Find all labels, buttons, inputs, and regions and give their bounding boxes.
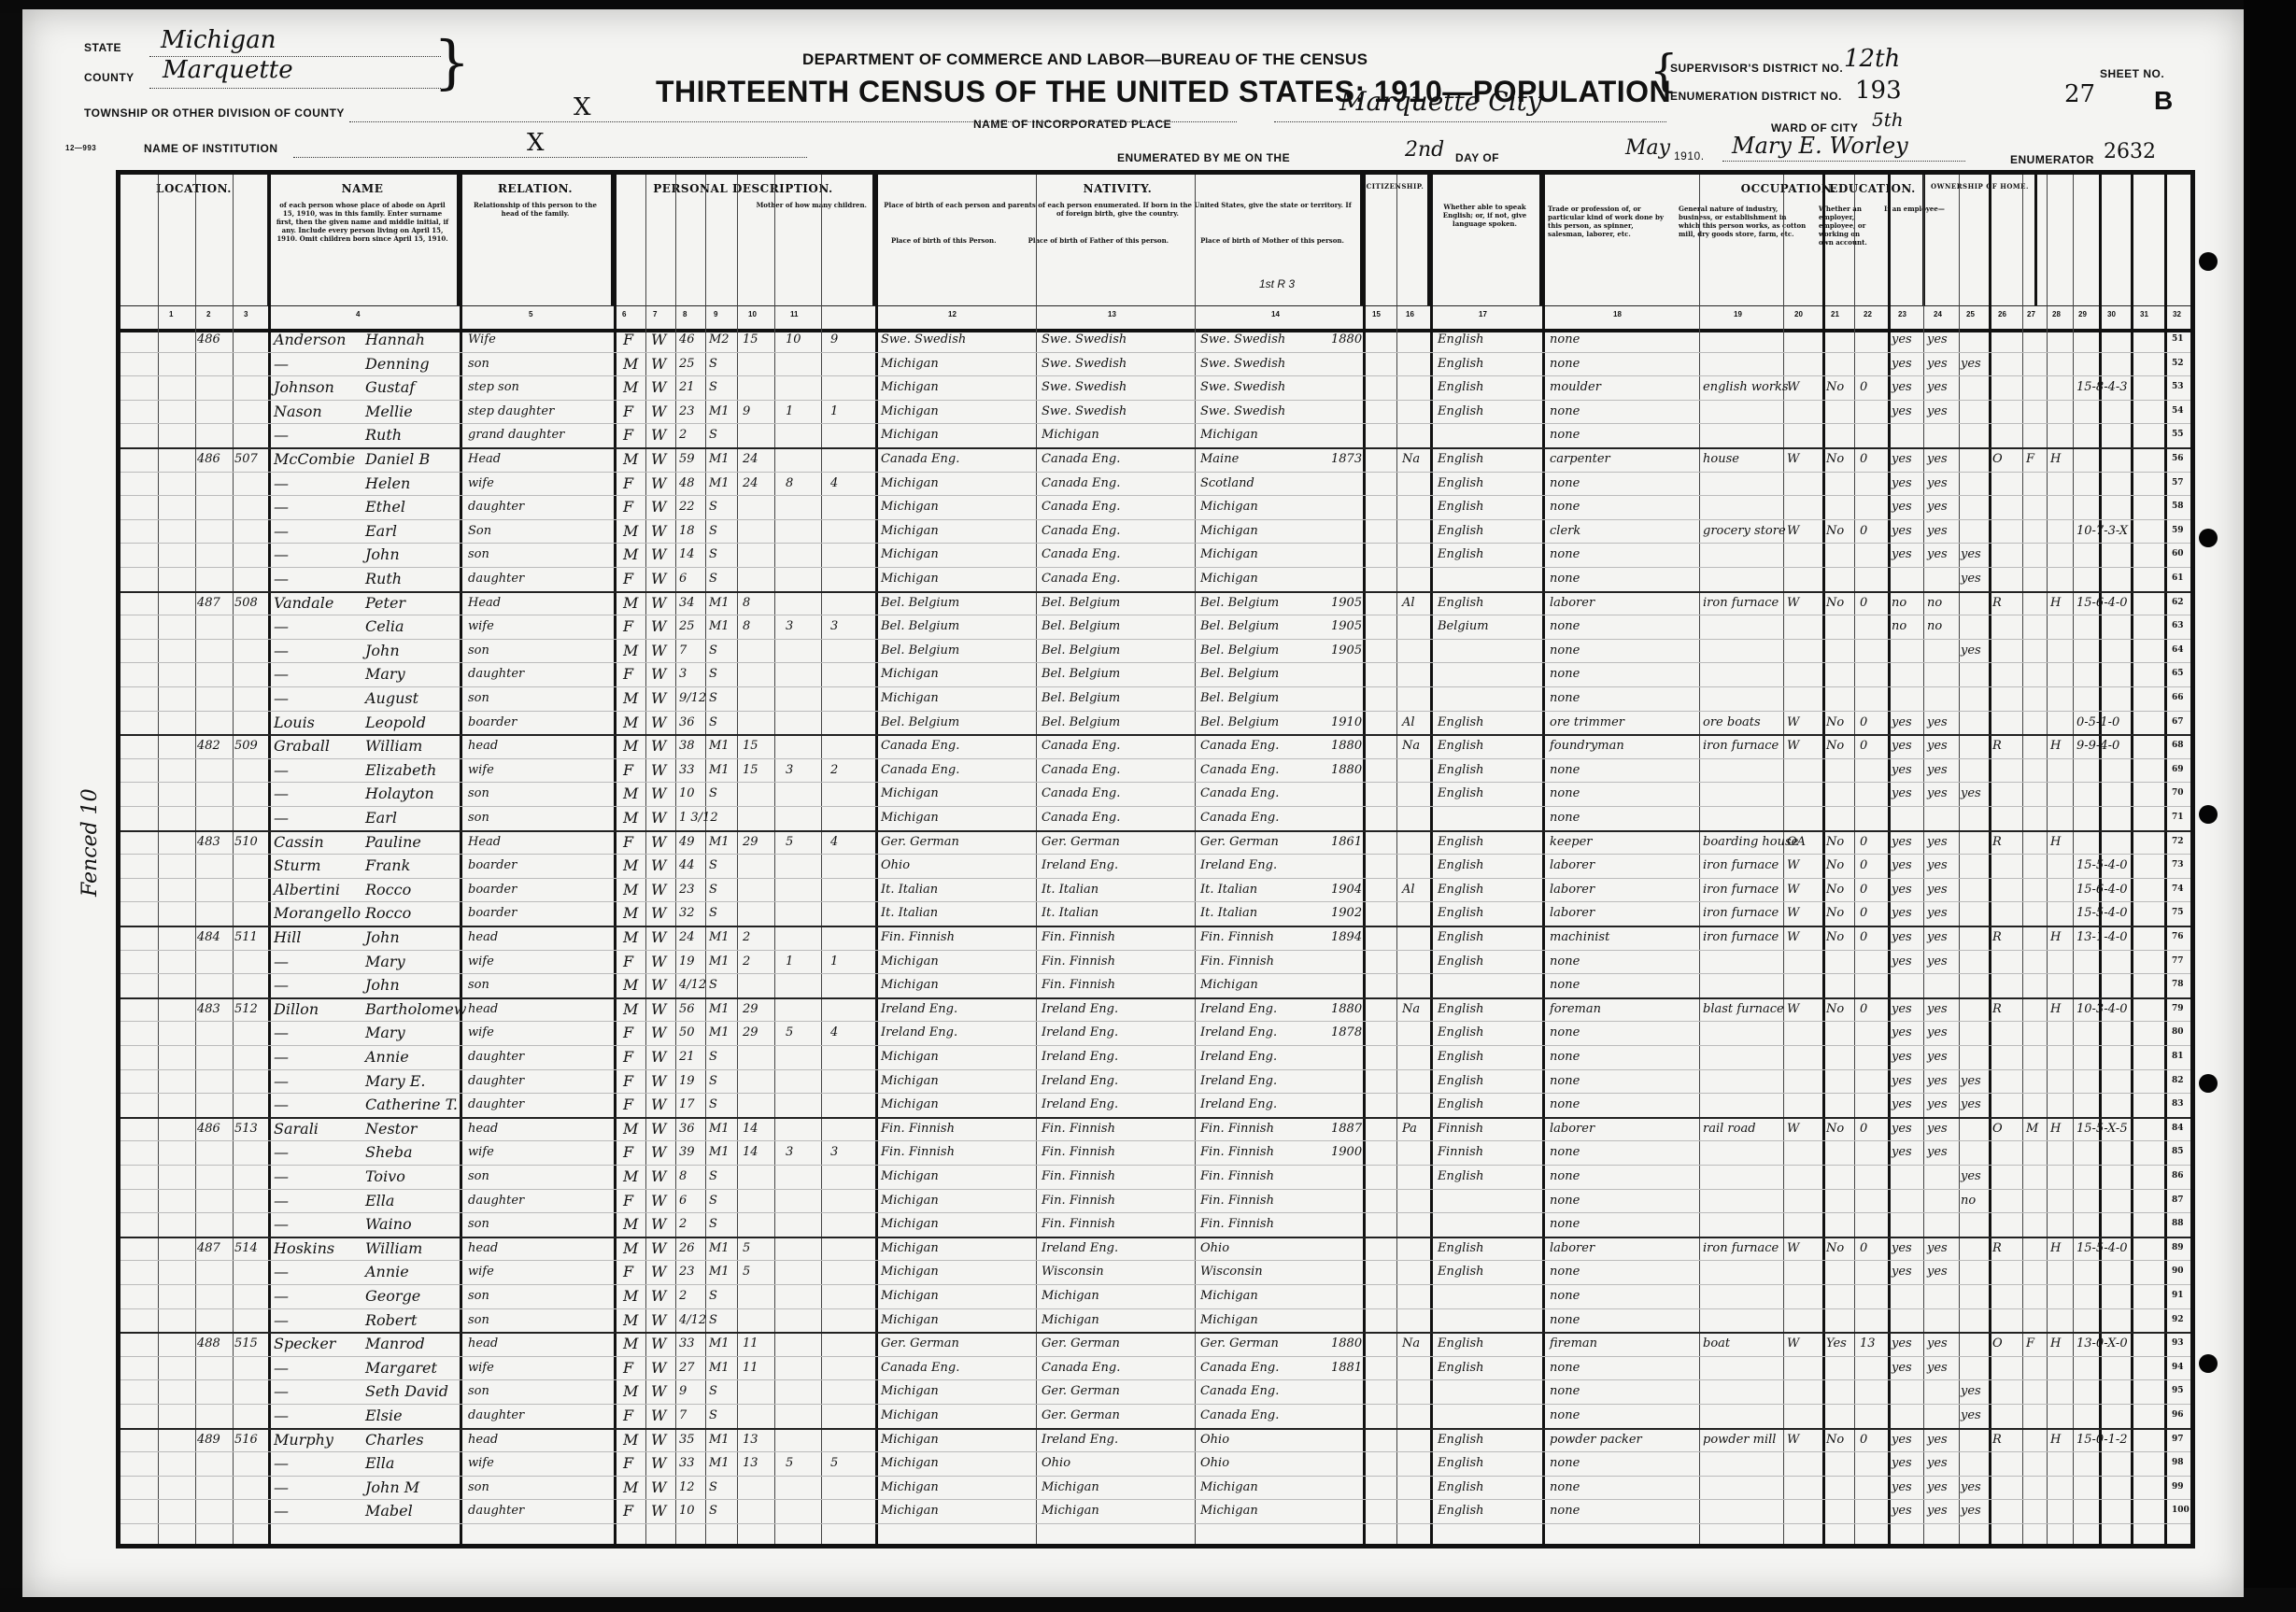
- cell-english: English: [1438, 997, 1484, 1022]
- cell-age: 10: [679, 1499, 695, 1523]
- cell-mother-birth: Michigan: [1200, 495, 1258, 519]
- cell-race: W: [651, 543, 666, 567]
- cell-sex: F: [623, 615, 633, 639]
- enumerator-name: Mary E. Worley: [1732, 133, 1908, 159]
- cell-given: Mary: [365, 1021, 405, 1045]
- cell-given: Waino: [365, 1212, 412, 1237]
- cell-race: W: [651, 447, 666, 472]
- cell-english: English: [1438, 758, 1484, 783]
- cell-born: 10: [786, 328, 801, 352]
- cell-birth: Bel. Belgium: [881, 615, 959, 639]
- cell-farm: H: [2050, 830, 2061, 855]
- cell-living: 3: [830, 1140, 838, 1165]
- table-row: 489516MurphyCharlesheadMW35M113MichiganI…: [120, 1428, 2190, 1453]
- cell-english: English: [1438, 926, 1484, 950]
- column-number: 6: [622, 310, 626, 318]
- cell-yrs-married: 24: [743, 472, 758, 496]
- cell-relation: wife: [468, 758, 494, 783]
- cell-surname: —: [274, 423, 289, 447]
- cell-write: yes: [1927, 472, 1948, 496]
- cell-trade: none: [1550, 1404, 1580, 1428]
- cell-mother-birth: Bel. Belgium: [1200, 686, 1279, 711]
- cell-write: yes: [1927, 830, 1948, 855]
- cell-sex: M: [623, 782, 638, 806]
- cell-marital: M1: [709, 734, 730, 758]
- cell-write: yes: [1927, 1069, 1948, 1094]
- cell-family: 511: [234, 926, 258, 950]
- cell-race: W: [651, 662, 666, 686]
- cell-natz: Na: [1402, 1332, 1420, 1356]
- cell-birth: Michigan: [881, 1189, 939, 1213]
- cell-english: English: [1438, 782, 1484, 806]
- cell-immig: 1894: [1331, 926, 1362, 950]
- cell-relation: head: [468, 734, 498, 758]
- cell-dwelling: 486: [197, 1117, 220, 1141]
- cell-codes: 15-5-4-0: [2076, 854, 2128, 878]
- cell-marital: M1: [709, 1332, 730, 1356]
- cell-trade: fireman: [1550, 1332, 1597, 1356]
- cell-write: yes: [1927, 950, 1948, 974]
- cell-english: English: [1438, 328, 1484, 352]
- cell-birth: Michigan: [881, 1212, 939, 1237]
- cell-age: 2: [679, 1284, 687, 1308]
- cell-free: M: [2026, 1117, 2038, 1141]
- line-number: 64: [2172, 639, 2184, 663]
- table-row: —JohnsonMW7SBel. BelgiumBel. BelgiumBel.…: [120, 639, 2190, 664]
- cell-english: English: [1438, 854, 1484, 878]
- line-number: 77: [2172, 950, 2184, 974]
- cell-school: yes: [1961, 639, 1981, 663]
- cell-race: W: [651, 1093, 666, 1117]
- line-number: 86: [2172, 1165, 2184, 1189]
- cell-emp: W: [1787, 1332, 1799, 1356]
- table-row: NasonMelliestep daughterFW23M1911Michiga…: [120, 400, 2190, 425]
- cell-given: William: [365, 734, 422, 758]
- line-number: 66: [2172, 686, 2184, 711]
- cell-surname: —: [274, 1451, 289, 1476]
- cell-age: 48: [679, 472, 695, 496]
- cell-write: yes: [1927, 878, 1948, 902]
- column-number: 24: [1934, 310, 1942, 318]
- cell-trade: none: [1550, 806, 1580, 830]
- cell-sex: M: [623, 352, 638, 376]
- cell-mother-birth: Michigan: [1200, 519, 1258, 544]
- cell-birth: Michigan: [881, 1476, 939, 1500]
- cell-read: yes: [1892, 352, 1912, 376]
- line-number: 92: [2172, 1308, 2184, 1333]
- column-number: 16: [1406, 310, 1414, 318]
- cell-emp: W: [1787, 734, 1799, 758]
- cell-race: W: [651, 1140, 666, 1165]
- header-relation: RELATION. Relationship of this person to…: [460, 175, 614, 305]
- table-row: 483512DillonBartholomewheadMW56M129Irela…: [120, 997, 2190, 1023]
- cell-english: Belgium: [1438, 615, 1489, 639]
- cell-mother-birth: Swe. Swedish: [1200, 400, 1285, 424]
- cell-age: 2: [679, 1212, 687, 1237]
- cell-read: yes: [1892, 472, 1912, 496]
- table-row: —John MsonMW12SMichiganMichiganMichiganE…: [120, 1476, 2190, 1501]
- cell-english: English: [1438, 1093, 1484, 1117]
- cell-father-birth: Fin. Finnish: [1042, 1117, 1115, 1141]
- cell-emp: W: [1787, 1237, 1799, 1261]
- cell-age: 32: [679, 901, 695, 926]
- cell-surname: —: [274, 1404, 289, 1428]
- cell-marital: S: [709, 1308, 717, 1333]
- cell-out: No: [1826, 1428, 1844, 1452]
- cell-read: yes: [1892, 1332, 1912, 1356]
- cell-emp: W: [1787, 926, 1799, 950]
- cell-codes: 13-1-4-0: [2076, 926, 2128, 950]
- cell-mother-birth: Fin. Finnish: [1200, 1165, 1274, 1189]
- cell-trade: none: [1550, 1356, 1580, 1380]
- cell-farm: H: [2050, 591, 2061, 615]
- cell-free: F: [2026, 1332, 2034, 1356]
- cell-born: 8: [786, 472, 793, 496]
- cell-sex: M: [623, 1428, 638, 1452]
- cell-given: Elizabeth: [365, 758, 436, 783]
- cell-trade: none: [1550, 1165, 1580, 1189]
- cell-surname: Vandale: [274, 591, 333, 615]
- cell-sex: M: [623, 1308, 638, 1333]
- cell-age: 8: [679, 1165, 687, 1189]
- line-number: 67: [2172, 711, 2184, 735]
- cell-codes: 13-0-X-0: [2076, 1332, 2128, 1356]
- cell-race: W: [651, 758, 666, 783]
- cell-weeks: 0: [1860, 519, 1867, 544]
- cell-birth: Bel. Belgium: [881, 639, 959, 663]
- line-number: 90: [2172, 1260, 2184, 1284]
- cell-family: 509: [234, 734, 258, 758]
- line-number: 57: [2172, 472, 2184, 496]
- line-number: 85: [2172, 1140, 2184, 1165]
- cell-mother-birth: Swe. Swedish: [1200, 328, 1285, 352]
- cell-marital: S: [709, 901, 717, 926]
- cell-own: R: [1992, 591, 2002, 615]
- cell-birth: Michigan: [881, 1308, 939, 1333]
- table-row: —MarydaughterFW3SMichiganBel. BelgiumBel…: [120, 662, 2190, 687]
- cell-given: Earl: [365, 519, 397, 544]
- cell-given: Leopold: [365, 711, 426, 735]
- cell-english: English: [1438, 519, 1484, 544]
- cell-birth: Ohio: [881, 854, 910, 878]
- cell-mother-birth: Fin. Finnish: [1200, 1117, 1274, 1141]
- table-row: —Catherine T.daughterFW17SMichiganIrelan…: [120, 1093, 2190, 1119]
- cell-trade: foundryman: [1550, 734, 1624, 758]
- cell-given: Daniel B: [365, 447, 430, 472]
- cell-age: 7: [679, 639, 687, 663]
- cell-relation: wife: [468, 1021, 494, 1045]
- cell-given: Denning: [365, 352, 430, 376]
- cell-mother-birth: Bel. Belgium: [1200, 639, 1279, 663]
- cell-sex: F: [623, 1499, 633, 1523]
- table-row: —CeliawifeFW25M1833Bel. BelgiumBel. Belg…: [120, 615, 2190, 640]
- cell-weeks: 0: [1860, 1117, 1867, 1141]
- cell-sex: F: [623, 1045, 633, 1069]
- cell-mother-birth: Wisconsin: [1200, 1260, 1263, 1284]
- cell-age: 4/12: [679, 973, 706, 997]
- cell-relation: Wife: [468, 328, 496, 352]
- cell-given: Holayton: [365, 782, 434, 806]
- cell-mother-birth: Michigan: [1200, 423, 1258, 447]
- cell-dwelling: 488: [197, 1332, 220, 1356]
- cell-surname: —: [274, 1379, 289, 1404]
- cell-surname: —: [274, 567, 289, 591]
- cell-sex: M: [623, 1212, 638, 1237]
- state-county-brace: }: [433, 28, 470, 96]
- cell-marital: S: [709, 1189, 717, 1213]
- cell-english: English: [1438, 1165, 1484, 1189]
- line-number: 68: [2172, 734, 2184, 758]
- table-row: —WainosonMW2SMichiganFin. FinnishFin. Fi…: [120, 1212, 2190, 1238]
- cell-school: yes: [1961, 1165, 1981, 1189]
- cell-emp: W: [1787, 447, 1799, 472]
- table-row: —MarywifeFW19M1211MichiganFin. FinnishFi…: [120, 950, 2190, 975]
- cell-race: W: [651, 1284, 666, 1308]
- cell-trade: none: [1550, 400, 1580, 424]
- cell-birth: Michigan: [881, 1404, 939, 1428]
- cell-sex: M: [623, 1379, 638, 1404]
- cell-immig: 1878: [1331, 1021, 1362, 1045]
- cell-birth: Michigan: [881, 1260, 939, 1284]
- line-number: 100: [2172, 1499, 2190, 1523]
- cell-surname: Johnson: [274, 375, 334, 400]
- cell-out: No: [1826, 519, 1844, 544]
- cell-given: Ella: [365, 1451, 394, 1476]
- cell-father-birth: Bel. Belgium: [1042, 686, 1120, 711]
- cell-read: yes: [1892, 878, 1912, 902]
- cell-living: 4: [830, 1021, 838, 1045]
- cell-race: W: [651, 495, 666, 519]
- cell-emp: W: [1787, 711, 1799, 735]
- cell-out: No: [1826, 926, 1844, 950]
- cell-write: no: [1927, 591, 1942, 615]
- cell-marital: S: [709, 543, 717, 567]
- table-row: 488515SpeckerManrodheadMW33M111Ger. Germ…: [120, 1332, 2190, 1357]
- cell-birth: Michigan: [881, 806, 939, 830]
- cell-immig: 1861: [1331, 830, 1362, 855]
- cell-age: 7: [679, 1404, 687, 1428]
- cell-relation: son: [468, 973, 489, 997]
- cell-father-birth: It. Italian: [1042, 901, 1098, 926]
- column-number: 23: [1898, 310, 1906, 318]
- table-row: MorangelloRoccoboarderMW32SIt. ItalianIt…: [120, 901, 2190, 927]
- cell-relation: wife: [468, 1260, 494, 1284]
- cell-sex: F: [623, 400, 633, 424]
- cell-write: yes: [1927, 1045, 1948, 1069]
- cell-birth: Fin. Finnish: [881, 926, 955, 950]
- cell-race: W: [651, 997, 666, 1022]
- cell-trade: clerk: [1550, 519, 1580, 544]
- cell-race: W: [651, 328, 666, 352]
- cell-english: English: [1438, 447, 1484, 472]
- cell-age: 10: [679, 782, 695, 806]
- cell-immig: 1880: [1331, 758, 1362, 783]
- cell-birth: Michigan: [881, 400, 939, 424]
- cell-surname: —: [274, 1499, 289, 1523]
- cell-write: yes: [1927, 375, 1948, 400]
- cell-surname: —: [274, 543, 289, 567]
- cell-read: yes: [1892, 1476, 1912, 1500]
- cell-english: English: [1438, 1237, 1484, 1261]
- cell-age: 49: [679, 830, 695, 855]
- cell-read: yes: [1892, 711, 1912, 735]
- cell-read: yes: [1892, 1260, 1912, 1284]
- cell-given: Celia: [365, 615, 404, 639]
- scan-right-edge: [2244, 0, 2296, 1612]
- cell-mother-birth: Canada Eng.: [1200, 1404, 1279, 1428]
- cell-living: 9: [830, 328, 838, 352]
- cell-trade: laborer: [1550, 854, 1594, 878]
- cell-industry: blast furnace: [1703, 997, 1784, 1022]
- line-number: 59: [2172, 519, 2184, 544]
- cell-father-birth: Bel. Belgium: [1042, 591, 1120, 615]
- table-row: —RuthdaughterFW6SMichiganCanada Eng.Mich…: [120, 567, 2190, 593]
- cell-dwelling: 483: [197, 830, 220, 855]
- column-number: 4: [356, 310, 360, 318]
- day-of-label: DAY OF: [1455, 151, 1499, 164]
- enumerated-month: May: [1625, 136, 1670, 160]
- cell-trade: none: [1550, 1045, 1580, 1069]
- cell-write: yes: [1927, 1140, 1948, 1165]
- cell-industry: house: [1703, 447, 1739, 472]
- cell-mother-birth: Bel. Belgium: [1200, 591, 1279, 615]
- table-row: —Mary E.daughterFW19SMichiganIreland Eng…: [120, 1069, 2190, 1095]
- cell-immig: 1910: [1331, 711, 1362, 735]
- cell-read: yes: [1892, 1045, 1912, 1069]
- cell-mother-birth: Fin. Finnish: [1200, 926, 1274, 950]
- cell-emp: W: [1787, 375, 1799, 400]
- cell-marital: S: [709, 423, 717, 447]
- cell-surname: —: [274, 519, 289, 544]
- header-nativity: NATIVITY. Place of birth of each person …: [875, 175, 1363, 305]
- cell-surname: Cassin: [274, 830, 324, 855]
- cell-school: yes: [1961, 1404, 1981, 1428]
- cell-immig: 1873: [1331, 447, 1362, 472]
- cell-weeks: 0: [1860, 734, 1867, 758]
- cell-write: yes: [1927, 1451, 1948, 1476]
- cell-immig: 1881: [1331, 1356, 1362, 1380]
- cell-given: Seth David: [365, 1379, 448, 1404]
- cell-age: 22: [679, 495, 695, 519]
- header-ownership: OWNERSHIP OF HOME.: [1925, 175, 2037, 305]
- cell-father-birth: Canada Eng.: [1042, 806, 1120, 830]
- cell-trade: none: [1550, 1212, 1580, 1237]
- cell-father-birth: Bel. Belgium: [1042, 662, 1120, 686]
- cell-father-birth: Fin. Finnish: [1042, 950, 1115, 974]
- sheet-label: SHEET NO.: [2100, 67, 2164, 80]
- cell-read: yes: [1892, 830, 1912, 855]
- cell-farm: H: [2050, 447, 2061, 472]
- cell-surname: —: [274, 1165, 289, 1189]
- cell-marital: S: [709, 352, 717, 376]
- column-number: 27: [2027, 310, 2035, 318]
- cell-father-birth: Michigan: [1042, 1284, 1099, 1308]
- cell-relation: step son: [468, 375, 519, 400]
- cell-natz: Al: [1402, 591, 1415, 615]
- cell-weeks: 0: [1860, 878, 1867, 902]
- cell-father-birth: Michigan: [1042, 1308, 1099, 1333]
- cell-write: yes: [1927, 1021, 1948, 1045]
- cell-surname: —: [274, 806, 289, 830]
- table-row: —AugustsonMW9/12SMichiganBel. BelgiumBel…: [120, 686, 2190, 712]
- cell-race: W: [651, 352, 666, 376]
- form-code: 12—993: [65, 144, 96, 152]
- cell-weeks: 13: [1860, 1332, 1876, 1356]
- cell-age: 19: [679, 950, 695, 974]
- table-row: SturmFrankboarderMW44SOhioIreland Eng.Ir…: [120, 854, 2190, 879]
- cell-mother-birth: Ireland Eng.: [1200, 854, 1277, 878]
- cell-school: yes: [1961, 352, 1981, 376]
- column-number: 11: [790, 310, 798, 318]
- cell-sex: M: [623, 973, 638, 997]
- cell-write: yes: [1927, 1237, 1948, 1261]
- cell-age: 44: [679, 854, 695, 878]
- cell-trade: machinist: [1550, 926, 1609, 950]
- cell-own: R: [1992, 734, 2002, 758]
- cell-trade: none: [1550, 1284, 1580, 1308]
- state-label: STATE: [84, 41, 121, 54]
- county-label: COUNTY: [84, 71, 135, 84]
- table-row: LouisLeopoldboarderMW36SBel. BelgiumBel.…: [120, 711, 2190, 737]
- cell-relation: son: [468, 686, 489, 711]
- cell-born: 3: [786, 1140, 793, 1165]
- column-number: 9: [714, 310, 717, 318]
- subhead-birth-mother: Place of birth of Mother of this person.: [1200, 236, 1344, 245]
- cell-school: yes: [1961, 567, 1981, 591]
- table-row: —GeorgesonMW2SMichiganMichiganMichiganno…: [120, 1284, 2190, 1309]
- cell-race: W: [651, 1428, 666, 1452]
- cell-surname: —: [274, 1212, 289, 1237]
- cell-sex: M: [623, 1332, 638, 1356]
- column-number: 20: [1794, 310, 1803, 318]
- cell-mother-birth: Ireland Eng.: [1200, 1093, 1277, 1117]
- cell-age: 23: [679, 400, 695, 424]
- cell-age: 23: [679, 878, 695, 902]
- cell-trade: laborer: [1550, 1237, 1594, 1261]
- cell-trade: none: [1550, 1189, 1580, 1213]
- cell-school: no: [1961, 1189, 1976, 1213]
- line-number: 80: [2172, 1021, 2184, 1045]
- cell-out: No: [1826, 591, 1844, 615]
- cell-mother-birth: Swe. Swedish: [1200, 375, 1285, 400]
- cell-trade: laborer: [1550, 1117, 1594, 1141]
- cell-age: 38: [679, 734, 695, 758]
- cell-mother-birth: Canada Eng.: [1200, 1356, 1279, 1380]
- cell-sex: F: [623, 1093, 633, 1117]
- cell-father-birth: Canada Eng.: [1042, 447, 1120, 472]
- table-row: —DenningsonMW25SMichiganSwe. SwedishSwe.…: [120, 352, 2190, 377]
- cell-write: yes: [1927, 519, 1948, 544]
- cell-codes: 10-3-4-0: [2076, 997, 2128, 1022]
- cell-born: 5: [786, 1451, 793, 1476]
- line-number: 79: [2172, 997, 2184, 1022]
- county-value: Marquette: [163, 56, 293, 84]
- cell-relation: daughter: [468, 1189, 524, 1213]
- cell-family: 513: [234, 1117, 258, 1141]
- table-row: 482509GraballWilliamheadMW38M115Canada E…: [120, 734, 2190, 759]
- cell-birth: Michigan: [881, 495, 939, 519]
- cell-race: W: [651, 1165, 666, 1189]
- cell-trade: none: [1550, 758, 1580, 783]
- cell-birth: Fin. Finnish: [881, 1140, 955, 1165]
- cell-marital: M1: [709, 1140, 730, 1165]
- cell-sex: F: [623, 472, 633, 496]
- cell-emp: W: [1787, 519, 1799, 544]
- enumeration-district-label: ENUMERATION DISTRICT NO.: [1670, 90, 1842, 103]
- cell-born: 1: [786, 400, 793, 424]
- subhead-birth-father: Place of birth of Father of this person.: [1028, 236, 1169, 245]
- cell-birth: Michigan: [881, 1284, 939, 1308]
